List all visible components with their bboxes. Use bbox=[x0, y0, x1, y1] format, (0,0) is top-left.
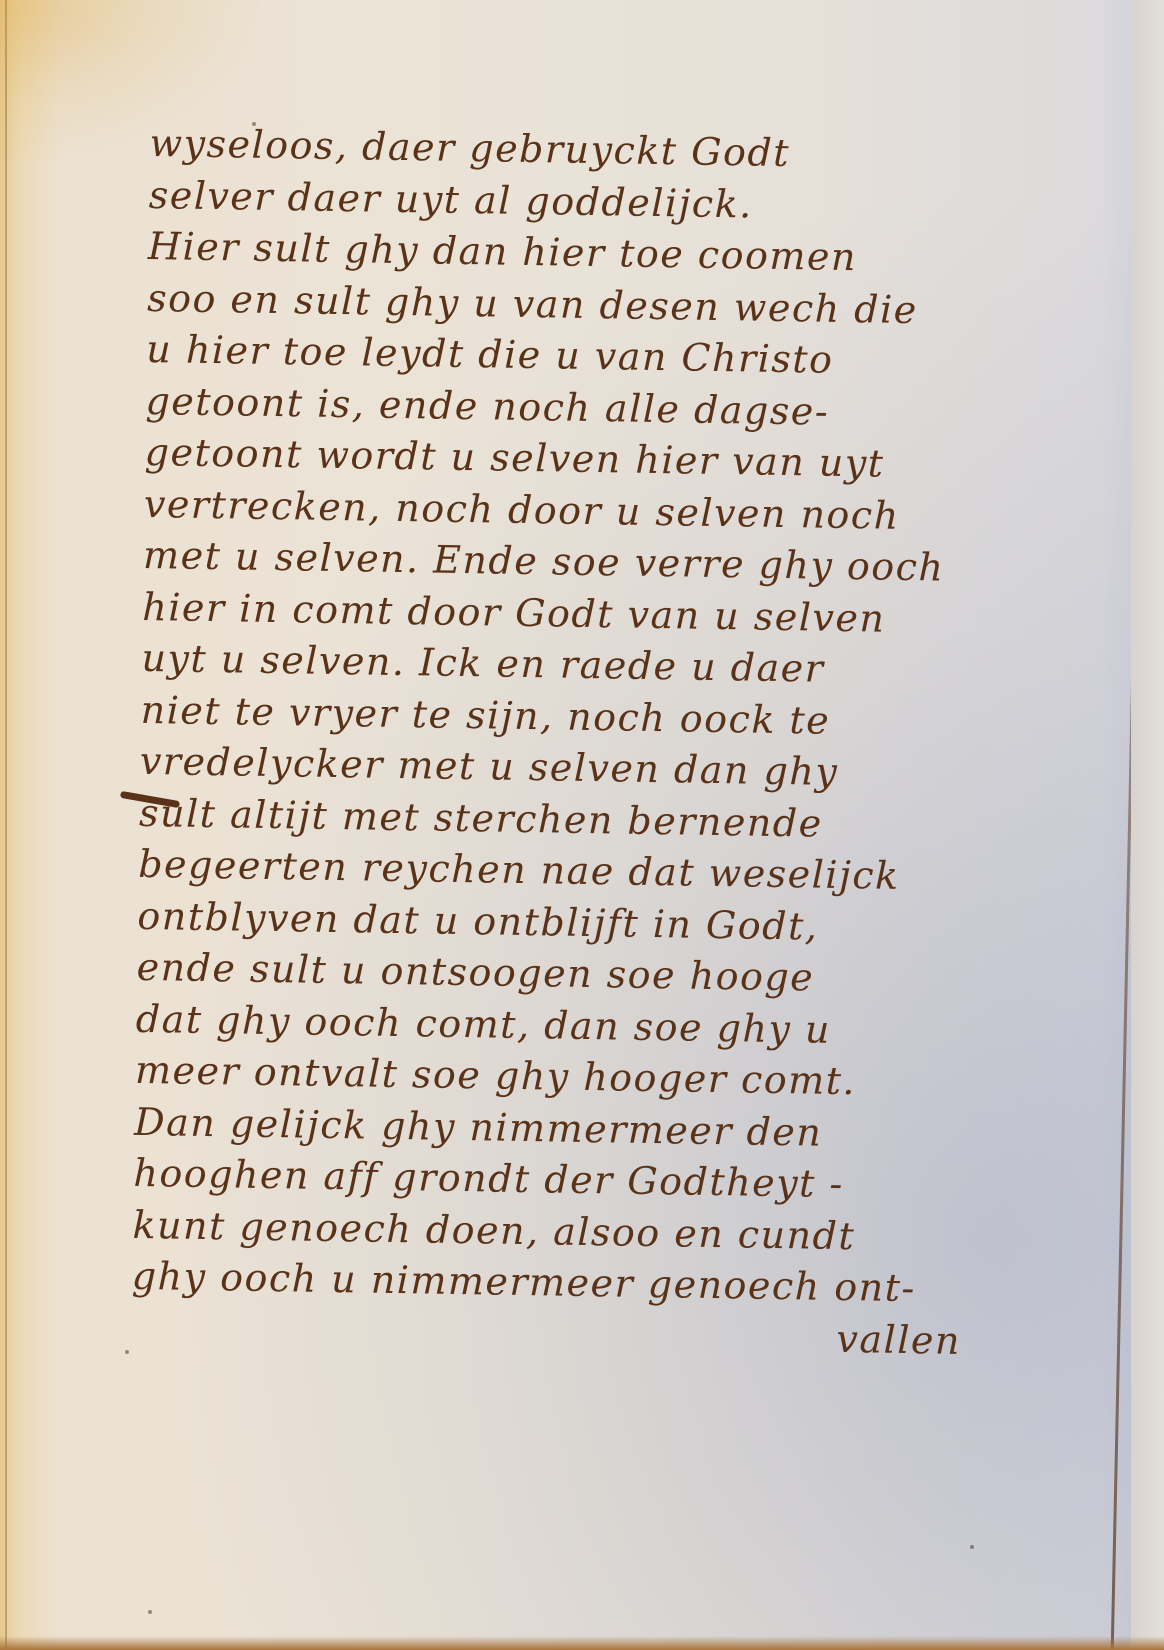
manuscript-page: wyseloos, daer gebruyckt Godt selver dae… bbox=[0, 0, 1164, 1650]
page-bottom-edge bbox=[0, 1636, 1164, 1650]
handwritten-text-block: wyseloos, daer gebruyckt Godt selver dae… bbox=[131, 118, 1110, 1369]
ink-speck bbox=[148, 1610, 152, 1614]
ink-speck bbox=[125, 1350, 129, 1354]
ink-speck bbox=[970, 1545, 974, 1549]
page-left-edge bbox=[5, 0, 7, 1650]
adjacent-leaf bbox=[1131, 0, 1164, 1650]
